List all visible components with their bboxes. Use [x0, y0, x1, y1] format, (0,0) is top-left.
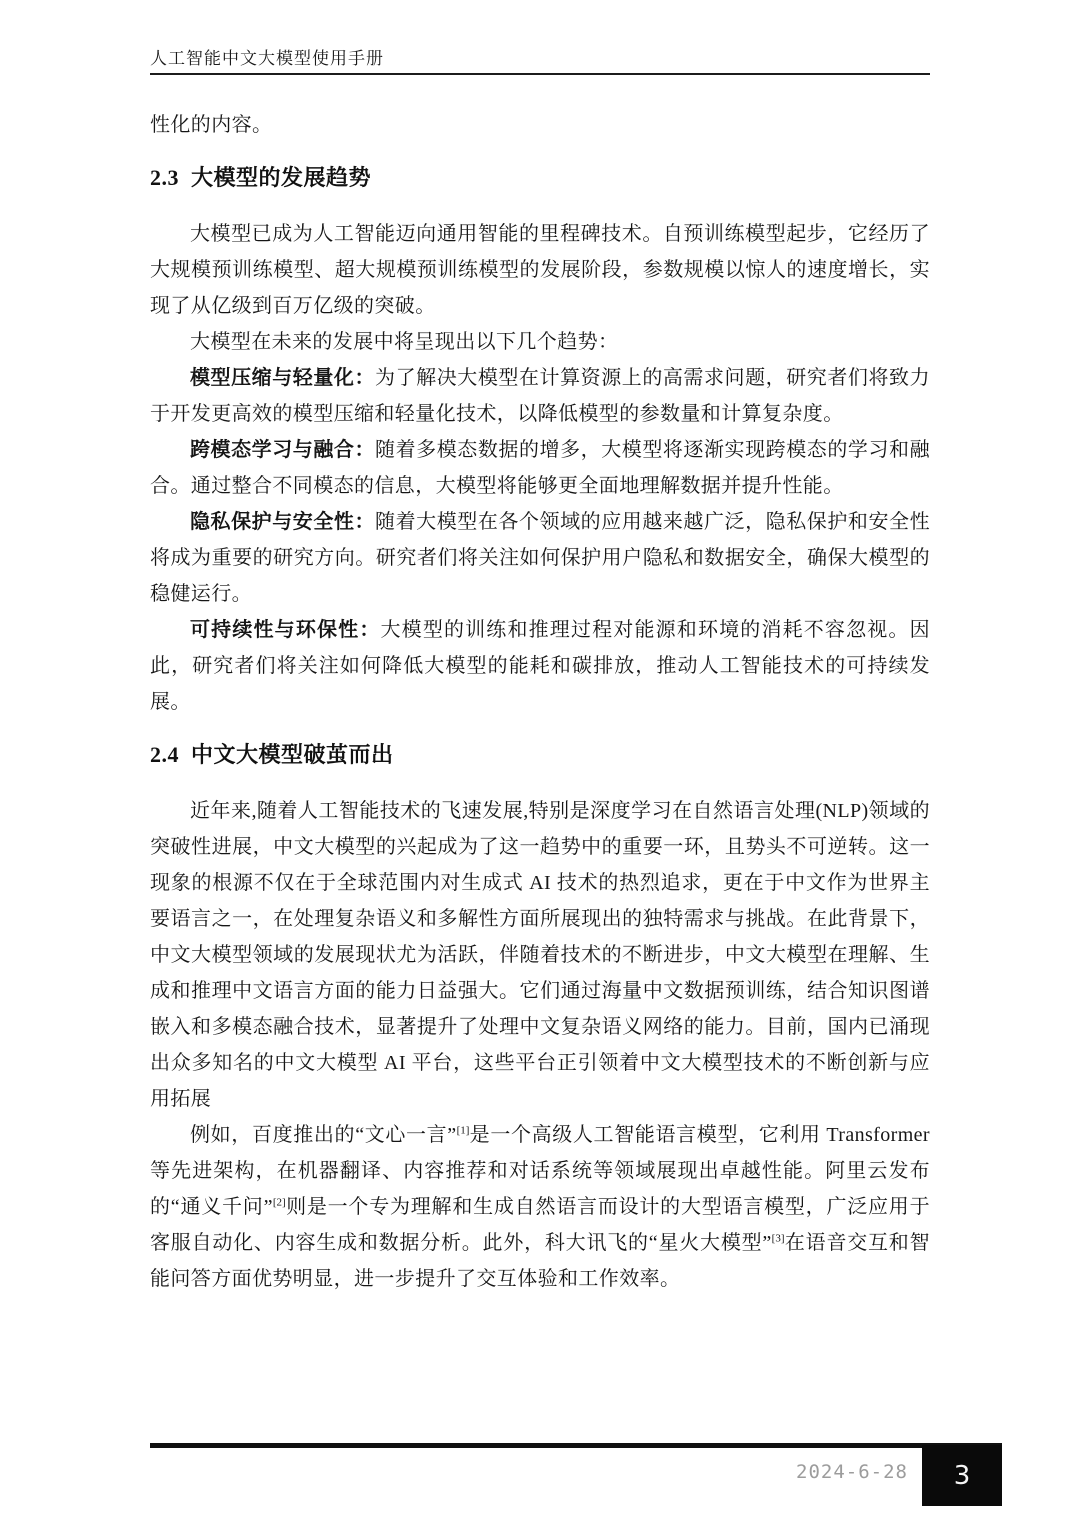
- paragraph: 例如，百度推出的“文心一言”[1]是一个高级人工智能语言模型，它利用 Trans…: [150, 1117, 930, 1297]
- page-number: 3: [954, 1461, 971, 1491]
- paragraph-lead-label: 模型压缩与轻量化：: [190, 367, 375, 389]
- page-number-box: 3: [922, 1445, 1002, 1506]
- text-run: 大模型在未来的发展中将呈现出以下几个趋势：: [190, 331, 618, 353]
- paragraph-lead-label: 隐私保护与安全性：: [190, 511, 375, 533]
- running-header: 人工智能中文大模型使用手册: [150, 48, 930, 75]
- document-body: 2.3大模型的发展趋势大模型已成为人工智能迈向通用智能的里程碑技术。自预训练模型…: [150, 164, 930, 1297]
- citation-ref: [1]: [457, 1124, 470, 1136]
- paragraph: 跨模态学习与融合：随着多模态数据的增多，大模型将逐渐实现跨模态的学习和融合。通过…: [150, 432, 930, 504]
- paragraph: 模型压缩与轻量化：为了解决大模型在计算资源上的高需求问题，研究者们将致力于开发更…: [150, 360, 930, 432]
- continuation-paragraph: 性化的内容。: [150, 107, 930, 143]
- paragraph: 隐私保护与安全性：随着大模型在各个领域的应用越来越广泛，隐私保护和安全性将成为重…: [150, 504, 930, 612]
- citation-ref: [2]: [273, 1196, 286, 1208]
- paragraph: 近年来,随着人工智能技术的飞速发展,特别是深度学习在自然语言处理(NLP)领域的…: [150, 793, 930, 1117]
- text-run: 大模型已成为人工智能迈向通用智能的里程碑技术。自预训练模型起步，它经历了大规模预…: [150, 223, 930, 317]
- citation-ref: [3]: [772, 1232, 785, 1244]
- page-content: 人工智能中文大模型使用手册 性化的内容。 2.3大模型的发展趋势大模型已成为人工…: [0, 0, 1080, 1297]
- section-title: 大模型的发展趋势: [191, 165, 371, 190]
- paragraph: 大模型在未来的发展中将呈现出以下几个趋势：: [150, 324, 930, 360]
- paragraph: 可持续性与环保性：大模型的训练和推理过程对能源和环境的消耗不容忽视。因此，研究者…: [150, 612, 930, 720]
- paragraph-lead-label: 跨模态学习与融合：: [190, 439, 375, 461]
- footer-date: 2024-6-28: [796, 1461, 908, 1483]
- section-number: 2.3: [150, 165, 179, 190]
- document-page: 人工智能中文大模型使用手册 性化的内容。 2.3大模型的发展趋势大模型已成为人工…: [0, 0, 1080, 1527]
- section-heading: 2.3大模型的发展趋势: [150, 164, 930, 192]
- text-run: 近年来,随着人工智能技术的飞速发展,特别是深度学习在自然语言处理(NLP)领域的…: [150, 800, 930, 1110]
- paragraph: 大模型已成为人工智能迈向通用智能的里程碑技术。自预训练模型起步，它经历了大规模预…: [150, 216, 930, 324]
- section-heading: 2.4中文大模型破茧而出: [150, 741, 930, 769]
- section-title: 中文大模型破茧而出: [191, 742, 394, 767]
- footer-rule: [150, 1443, 1002, 1448]
- text-run: 例如，百度推出的“文心一言”: [190, 1124, 457, 1146]
- section-number: 2.4: [150, 742, 179, 767]
- paragraph-lead-label: 可持续性与环保性：: [190, 619, 380, 641]
